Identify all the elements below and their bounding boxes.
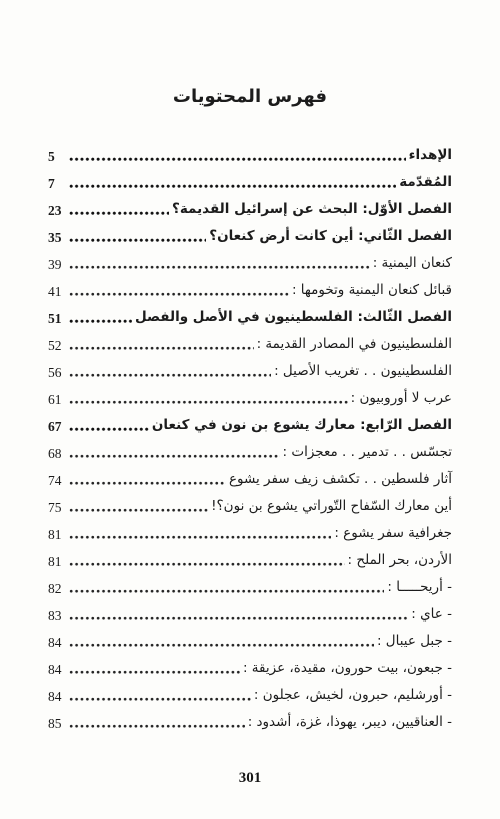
toc-entry-title: المُقدّمة — [399, 176, 452, 192]
toc-entry-page-number: 85 — [48, 716, 69, 732]
toc-entry-title: - العناقيين، ديبر، يهوذا، غزة، أشدود : — [248, 716, 452, 732]
toc-entry-title: الفلسطينيون . . تغريب الأصيل : — [274, 365, 452, 381]
dot-leader — [69, 265, 370, 271]
toc-entry-title: - جبعون، بيت حورون، مقيدة، عزيقة : — [243, 662, 452, 678]
toc-entry-row: 81 الأردن، بحر الملح : — [48, 548, 452, 575]
toc-entry-row: 23 الفصل الأوّل: البحث عن إسرائيل القديم… — [48, 197, 452, 224]
toc-entry-title: الفصل الثّاني: أين كانت أرض كنعان؟ — [209, 230, 452, 246]
toc-entry-page-number: 83 — [48, 608, 69, 624]
toc-entry-row: 85 - العناقيين، ديبر، يهوذا، غزة، أشدود … — [48, 710, 452, 737]
dot-leader — [69, 238, 206, 244]
toc-entry-title: - أورشليم، حبرون، لخيش، عجلون : — [254, 689, 452, 705]
toc-entry-page-number: 52 — [48, 338, 69, 354]
toc-entry-title: كنعان اليمنية : — [373, 257, 452, 273]
toc-entry-page-number: 81 — [48, 554, 69, 570]
toc-entry-title: الفصل الأوّل: البحث عن إسرائيل القديمة؟ — [172, 203, 452, 219]
dot-leader — [69, 724, 245, 730]
toc-entry-title: قبائل كنعان اليمنية وتخومها : — [292, 284, 452, 300]
toc-entry-page-number: 67 — [48, 419, 69, 435]
dot-leader — [69, 292, 289, 298]
toc-entry-row: 7 المُقدّمة — [48, 170, 452, 197]
toc-entry-row: 51 الفصل الثّالث: الفلسطينيون في الأصل و… — [48, 305, 452, 332]
toc-entry-title: - جبل عيبال : — [377, 635, 452, 651]
dot-leader — [69, 454, 280, 460]
dot-leader — [69, 346, 254, 352]
toc-entry-page-number: 82 — [48, 581, 69, 597]
dot-leader — [69, 697, 251, 703]
toc-entry-title: آثار فلسطين . . تكشف زيف سفر يشوع — [229, 473, 452, 489]
page-title: فهرس المحتويات — [48, 86, 452, 107]
toc-entry-title: الفصل الرّابع: معارك يشوع بن نون في كنعا… — [152, 419, 452, 435]
toc-entry-page-number: 56 — [48, 365, 69, 381]
toc-entry-row: 68 تجسّس . . تدمير . . معجزات : — [48, 440, 452, 467]
toc-entry-row: 39 كنعان اليمنية : — [48, 251, 452, 278]
dot-leader — [69, 562, 345, 568]
dot-leader — [69, 643, 374, 649]
toc-entry-page-number: 84 — [48, 662, 69, 678]
dot-leader — [69, 508, 208, 514]
book-page: فهرس المحتويات 5 الإهداء 7 المُقدّمة 23 … — [0, 0, 500, 819]
dot-leader — [69, 157, 406, 163]
toc-entry-row: 84 - أورشليم، حبرون، لخيش، عجلون : — [48, 683, 452, 710]
toc-entry-page-number: 74 — [48, 473, 69, 489]
toc-entry-row: 84 - جبعون، بيت حورون، مقيدة، عزيقة : — [48, 656, 452, 683]
toc-entry-row: 41 قبائل كنعان اليمنية وتخومها : — [48, 278, 452, 305]
toc-entry-title: عرب لا أوروبيون : — [351, 392, 452, 408]
toc-entry-row: 82 - أريحـــــا : — [48, 575, 452, 602]
toc-entry-page-number: 23 — [48, 203, 69, 219]
dot-leader — [69, 481, 226, 487]
toc-entry-row: 5 الإهداء — [48, 143, 452, 170]
toc-entry-page-number: 41 — [48, 284, 69, 300]
toc-entry-title: أين معارك السّفاح التّوراتي يشوع بن نون؟… — [211, 500, 452, 516]
dot-leader — [69, 589, 384, 595]
toc-entry-page-number: 35 — [48, 230, 69, 246]
toc-entry-title: - أريحـــــا : — [387, 581, 452, 597]
toc-entry-title: - عاي : — [411, 608, 452, 624]
toc-entry-title: جغرافية سفر يشوع : — [334, 527, 452, 543]
toc-entry-title: الأردن، بحر الملح : — [348, 554, 452, 570]
toc-entry-page-number: 5 — [48, 149, 69, 165]
toc-entry-row: 35 الفصل الثّاني: أين كانت أرض كنعان؟ — [48, 224, 452, 251]
toc-entry-row: 67 الفصل الرّابع: معارك يشوع بن نون في ك… — [48, 413, 452, 440]
dot-leader — [69, 427, 149, 433]
toc-list: 5 الإهداء 7 المُقدّمة 23 الفصل الأوّل: ا… — [48, 143, 452, 737]
toc-entry-page-number: 39 — [48, 257, 69, 273]
toc-entry-page-number: 51 — [48, 311, 69, 327]
toc-entry-title: الإهداء — [409, 149, 452, 165]
toc-entry-title: تجسّس . . تدمير . . معجزات : — [283, 446, 452, 462]
toc-entry-page-number: 7 — [48, 176, 69, 192]
dot-leader — [69, 535, 331, 541]
dot-leader — [69, 211, 169, 217]
toc-entry-page-number: 75 — [48, 500, 69, 516]
toc-entry-row: 75 أين معارك السّفاح التّوراتي يشوع بن ن… — [48, 494, 452, 521]
dot-leader — [69, 670, 240, 676]
toc-entry-row: 83 - عاي : — [48, 602, 452, 629]
toc-entry-page-number: 81 — [48, 527, 69, 543]
toc-entry-title: الفلسطينيون في المصادر القديمة : — [257, 338, 452, 354]
toc-entry-row: 52 الفلسطينيون في المصادر القديمة : — [48, 332, 452, 359]
footer-page-number: 301 — [0, 770, 500, 787]
toc-entry-title: الفصل الثّالث: الفلسطينيون في الأصل والف… — [135, 311, 452, 327]
dot-leader — [69, 319, 132, 325]
toc-entry-row: 81 جغرافية سفر يشوع : — [48, 521, 452, 548]
dot-leader — [69, 400, 348, 406]
toc-entry-page-number: 84 — [48, 689, 69, 705]
toc-entry-page-number: 61 — [48, 392, 69, 408]
toc-entry-row: 84 - جبل عيبال : — [48, 629, 452, 656]
toc-entry-page-number: 84 — [48, 635, 69, 651]
dot-leader — [69, 184, 396, 190]
toc-entry-row: 61 عرب لا أوروبيون : — [48, 386, 452, 413]
toc-entry-row: 56 الفلسطينيون . . تغريب الأصيل : — [48, 359, 452, 386]
dot-leader — [69, 616, 408, 622]
dot-leader — [69, 373, 271, 379]
toc-entry-page-number: 68 — [48, 446, 69, 462]
toc-entry-row: 74 آثار فلسطين . . تكشف زيف سفر يشوع — [48, 467, 452, 494]
